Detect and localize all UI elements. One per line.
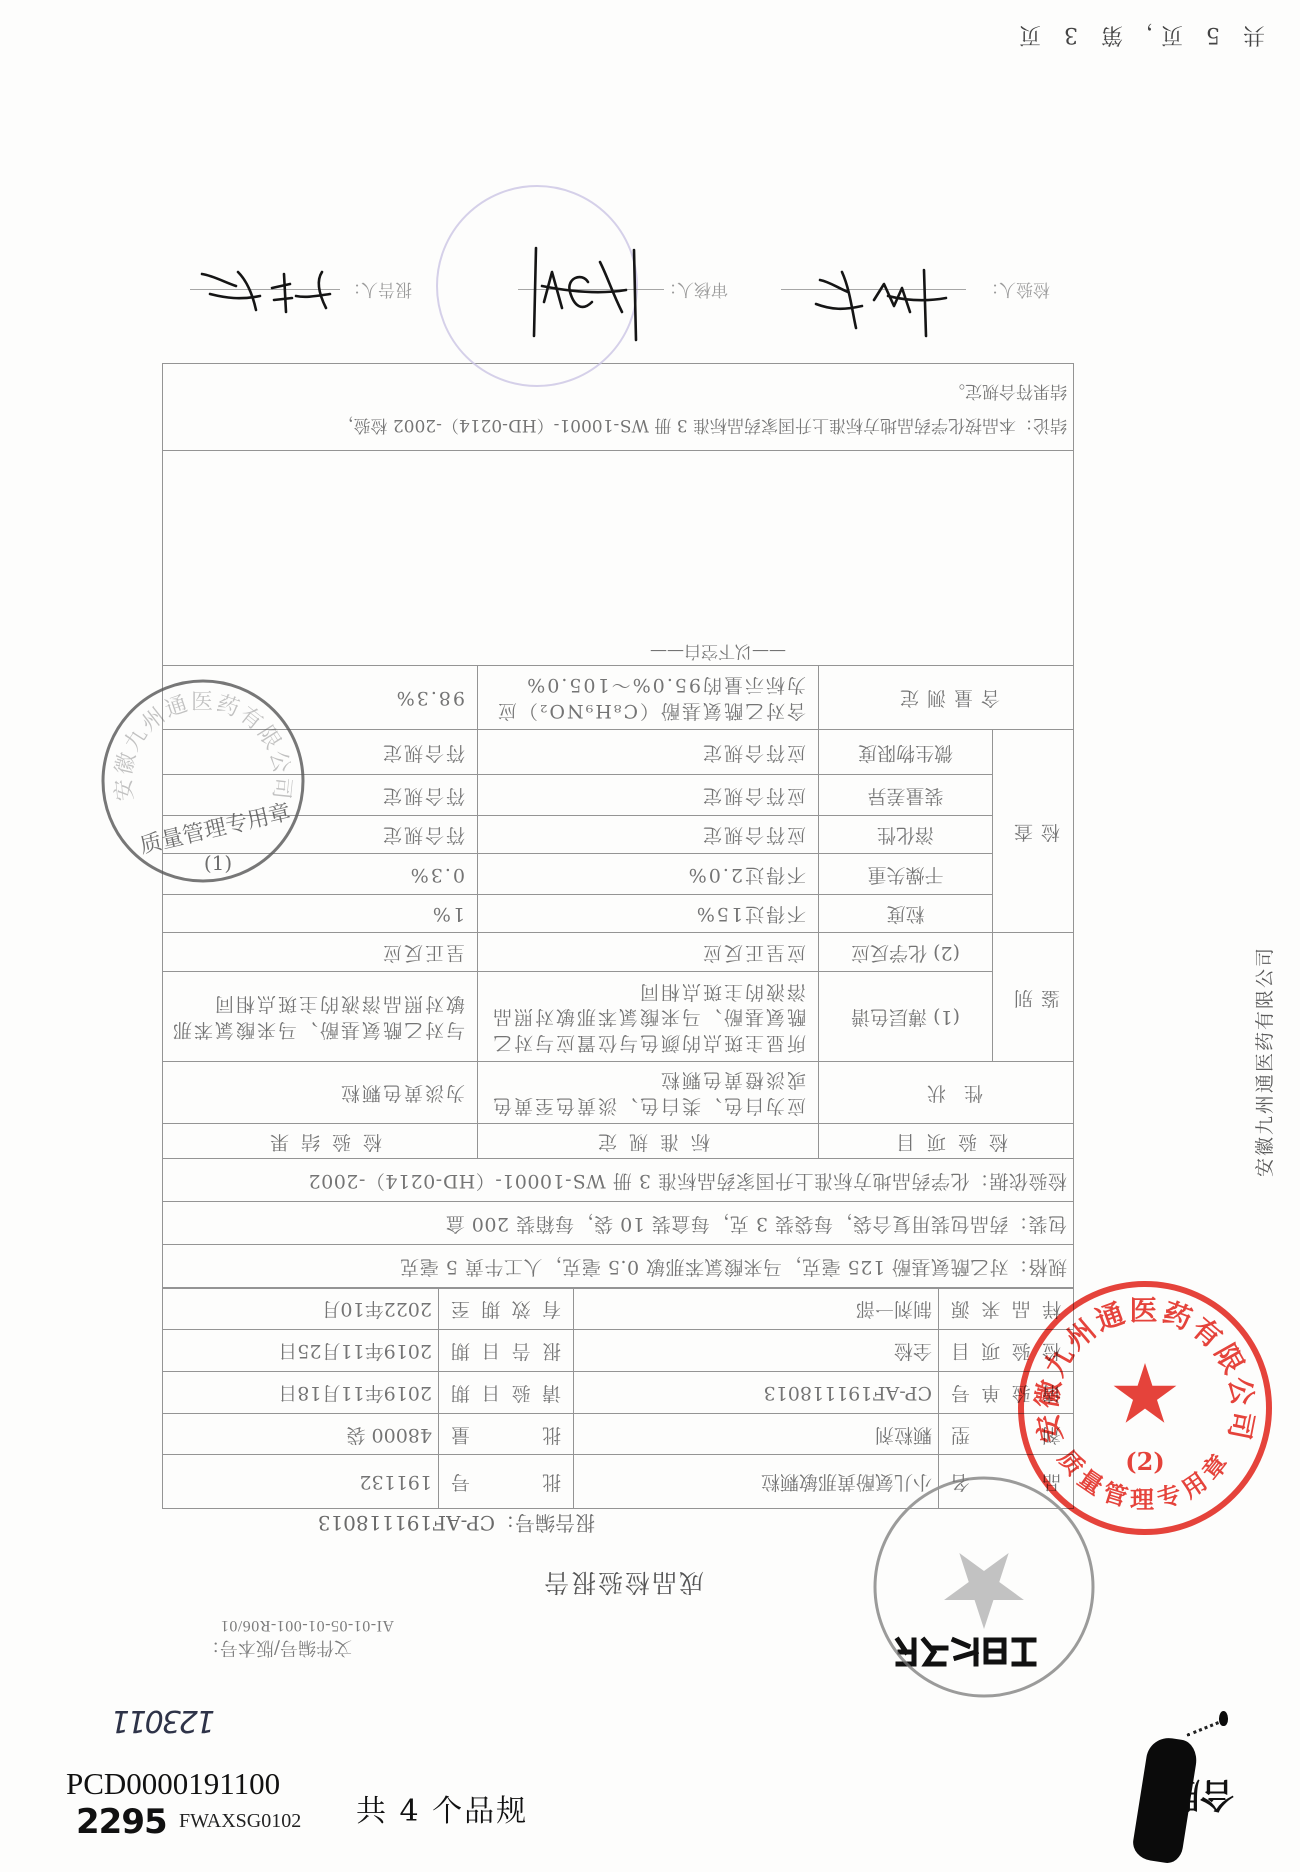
test-standard: 应符合规定 <box>478 816 819 854</box>
reviewer-signature <box>517 241 652 342</box>
blank-marker: ——以下空白—— <box>163 451 1074 666</box>
request-date: 2019年11月18日 <box>163 1372 439 1414</box>
info-row: 请验单号 CP-AF191118013 请验日期 2019年11月18日 <box>163 1372 1074 1414</box>
test-item: 装量差异 <box>819 775 993 816</box>
info-row: 检验项目 全检 报告日期 2019年11月25日 <box>163 1330 1074 1372</box>
report-number-label: 报告编号： <box>495 1511 595 1535</box>
report-date: 2019年11月25日 <box>163 1330 439 1372</box>
header-standard: 标准规定 <box>478 1124 819 1159</box>
doc-code: AI-01-05-01-001-R06/01 <box>220 1616 394 1634</box>
pcd-code: PCD0000191100 <box>66 1766 280 1802</box>
sample-source: 制剂一部 <box>574 1288 939 1330</box>
table-header-row: 检验项目 标准规定 检验结果 <box>163 1124 1074 1159</box>
info-label: 批量 <box>439 1414 574 1455</box>
reporter-label: 报告人： <box>344 279 412 304</box>
table-row: (2) 化学反应 应呈正反应 呈正反应 <box>163 933 1074 972</box>
packaging-row: 包装：药品包装用复合袋，每袋装 3 克，每盒装 10 袋，每箱装 200 盒 <box>163 1202 1074 1245</box>
info-label: 有效期至 <box>439 1288 574 1330</box>
test-item: 性状 <box>819 1062 1074 1124</box>
conclusion-line-1: 结论：本品按化学药品地方标准上升国家药品标准 3 册 WS-10001-（HD-… <box>169 408 1067 442</box>
info-row: 样品来源 制剂一部 有效期至 2022年10月 <box>163 1288 1074 1330</box>
header-result: 检验结果 <box>163 1124 478 1159</box>
report-number: 报告编号：CP-AF191118013 <box>318 1510 595 1539</box>
info-label: 请验日期 <box>439 1372 574 1414</box>
test-standard: 不得过15% <box>478 895 819 933</box>
test-result: 与对乙酰氨基酚、马来酸氯苯那敏对照品溶液的主斑点相同 <box>163 972 478 1062</box>
test-standard: 应符合规定 <box>478 775 819 816</box>
test-item: 干燥失重 <box>819 854 993 895</box>
test-item: 含量测定 <box>819 666 1074 730</box>
test-standard: 应符合规定 <box>478 730 819 775</box>
info-row: 剂型 颗粒剂 批量 48000 袋 <box>163 1414 1074 1455</box>
inspector-signature <box>811 264 954 340</box>
dosage-form: 颗粒剂 <box>574 1414 939 1455</box>
test-item: 溶化性 <box>819 816 993 854</box>
batch-size: 48000 袋 <box>163 1414 439 1455</box>
test-group-label: 检查 <box>993 730 1074 933</box>
report-number-value: CP-AF191118013 <box>318 1511 495 1535</box>
page-title: 成品检验报告 <box>542 1566 704 1602</box>
specification-row: 规格：对乙酰氨基酚 125 毫克，马来酸氯苯那敏 0.5 毫克，人工牛黄 5 毫… <box>163 1245 1074 1289</box>
code-number: 2295 <box>76 1802 167 1842</box>
test-item: (1) 薄层色谱 <box>819 972 993 1062</box>
test-result: 1% <box>163 895 478 933</box>
test-standard: 所显主斑点的颜色与位置应与对乙酰氨基酚、马来酸氯苯那敏对照品溶液的主斑点相同 <box>478 972 819 1062</box>
info-row: 品名 小儿氨酚黄那敏颗粒 批号 191132 <box>163 1455 1074 1509</box>
test-standard: 应呈正反应 <box>478 933 819 972</box>
ink-drop <box>1219 1711 1228 1726</box>
test-scope: 全检 <box>574 1330 939 1372</box>
doc-code-label: 文件编号/版本号： <box>202 1636 352 1662</box>
handwritten-note: 123011 <box>112 1703 215 1738</box>
blank-area-row: ——以下空白—— <box>163 451 1074 666</box>
table-row: 鉴别 (1) 薄层色谱 所显主斑点的颜色与位置应与对乙酰氨基酚、马来酸氯苯那敏对… <box>163 972 1074 1062</box>
test-result: 呈正反应 <box>163 933 478 972</box>
stamp-2-number: (2) <box>1125 1447 1164 1476</box>
test-item: (2) 化学反应 <box>819 933 993 972</box>
page-counter: 共 5 页，第 3 页 <box>1011 21 1265 52</box>
table-row: 检查 粒度 不得过15% 1% <box>163 895 1074 933</box>
test-standard: 不得过2.0% <box>478 854 819 895</box>
test-group-label: 鉴别 <box>993 933 1074 1062</box>
quality-stamp-1: 安徽九州通医药有限公司 质量管理专用章 (1) <box>98 676 308 886</box>
product-name: 小儿氨酚黄那敏颗粒 <box>574 1455 939 1509</box>
request-number: CP-AF191118013 <box>574 1372 939 1414</box>
test-standard: 含对乙酰氨基酚（C₈H₉NO₂）应为标示量的95.0%～105.0% <box>478 666 819 730</box>
reporter-signature <box>196 264 336 318</box>
stamp-1-number: (1) <box>204 851 232 875</box>
svg-text:安徽九州通医药有限公司: 安徽九州通医药有限公司 <box>111 690 294 802</box>
header-item: 检验项目 <box>819 1124 1074 1159</box>
product-info-table: 品名 小儿氨酚黄那敏颗粒 批号 191132 剂型 颗粒剂 批量 48000 袋… <box>162 1287 1074 1509</box>
inspection-report-page: 合肥 123011 文件编号/版本号： AI-01-05-01-001-R06/… <box>0 0 1300 1872</box>
test-item: 粒度 <box>819 895 993 933</box>
fw-code: FWAXSG0102 <box>179 1810 301 1833</box>
star-icon <box>1114 1363 1177 1423</box>
test-standard: 应为白色、类白色、淡黄色至黄色或淡橙黄色颗粒 <box>478 1062 819 1124</box>
quality-stamp-2: 安徽九州通医药有限公司 质量管理专用章 (2) <box>1015 1278 1275 1538</box>
batch-number: 191132 <box>163 1455 439 1509</box>
info-label: 批号 <box>439 1455 574 1509</box>
info-label: 报告日期 <box>439 1330 574 1372</box>
inspector-label: 检验人： <box>982 279 1050 304</box>
expiry-date: 2022年10月 <box>163 1288 439 1330</box>
reviewer-label: 审核人： <box>660 279 728 304</box>
spec-count: 共 4 个品规 <box>356 1786 528 1830</box>
table-row: 性状 应为白色、类白色、淡黄色至黄色或淡橙黄色颗粒 为淡黄色颗粒 <box>163 1062 1074 1124</box>
star-icon <box>944 1553 1024 1629</box>
test-basis-row: 检验依据：化学药品地方标准上升国家药品标准 3 册 WS-10001-（HD-0… <box>163 1159 1074 1202</box>
test-item: 微生物限度 <box>819 730 993 775</box>
stamp-1-org: 安徽九州通医药有限公司 <box>111 690 294 802</box>
edge-company-text: 安徽九州通医药有限公司 <box>1250 946 1277 1177</box>
test-result: 为淡黄色颗粒 <box>163 1062 478 1124</box>
